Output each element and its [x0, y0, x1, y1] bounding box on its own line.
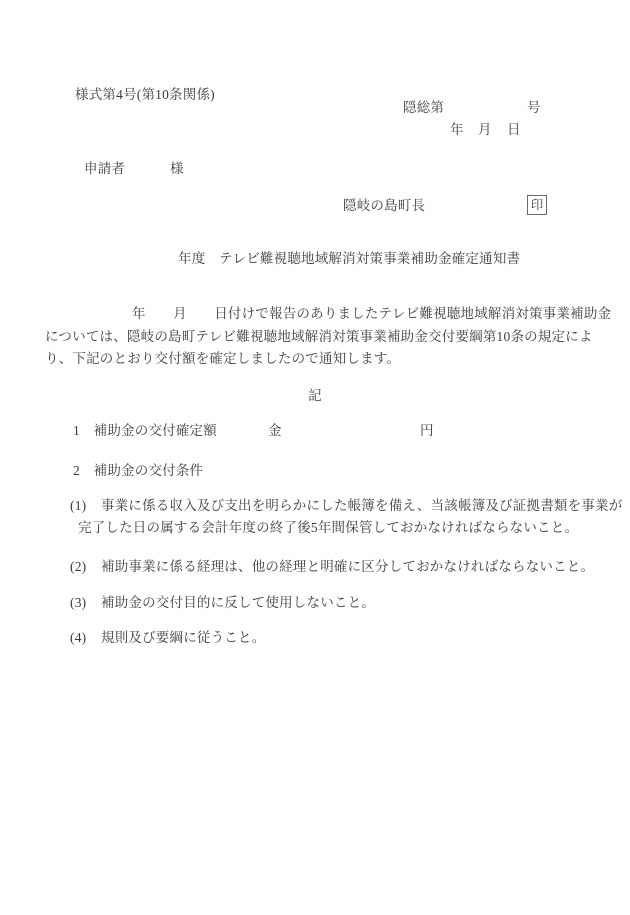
body-paragraph-line3: り、下記のとおり交付額を確定しましたので通知します。	[45, 351, 400, 367]
doc-number-suffix: 号	[527, 100, 541, 116]
body-paragraph-line2: については、隠岐の島町テレビ難視聴地域解消対策事業補助金交付要綱第10条の規定に…	[45, 329, 593, 345]
condition-1-marker: (1)	[70, 498, 86, 514]
applicant-honorific: 様	[170, 161, 184, 177]
item1-amount-suffix: 円	[420, 423, 434, 439]
seal-box: 印	[527, 195, 547, 215]
condition-4-marker: (4)	[70, 630, 86, 646]
condition-2-marker: (2)	[70, 559, 86, 575]
seal-character: 印	[531, 199, 544, 212]
date-month-label: 月	[478, 122, 492, 138]
condition-1-text-line1: 事業に係る収入及び支出を明らかにした帳簿を備え、当該帳簿及び証拠書類を事業が	[101, 498, 622, 514]
item1-amount-prefix: 金	[268, 423, 282, 439]
condition-3-marker: (3)	[70, 595, 86, 611]
date-year-label: 年	[450, 122, 464, 138]
document-title: 年度 テレビ難視聴地域解消対策事業補助金確定通知書	[178, 251, 520, 267]
condition-1-text-line2: 完了した日の属する会計年度の終了後5年間保管しておかなければならないこと。	[78, 520, 578, 536]
condition-2-text: 補助事業に係る経理は、他の経理と明確に区分しておかなければならないこと。	[101, 559, 594, 575]
doc-number-prefix: 隠総第	[403, 100, 444, 116]
issuer-title: 隠岐の島町長	[343, 198, 425, 214]
condition-4-text: 規則及び要綱に従うこと。	[101, 630, 265, 646]
condition-3-text: 補助金の交付目的に反して使用しないこと。	[101, 595, 375, 611]
form-number: 様式第4号(第10条関係)	[75, 87, 215, 103]
date-day-label: 日	[507, 122, 521, 138]
item2-label: 2 補助金の交付条件	[73, 463, 203, 479]
record-marker: 記	[0, 388, 630, 404]
item1-label: 1 補助金の交付確定額	[73, 423, 217, 439]
body-paragraph-line1: 年 月 日付けで報告のありましたテレビ難視聴地域解消対策事業補助金	[132, 306, 611, 322]
applicant-label: 申請者	[84, 161, 125, 177]
subsidy-confirmation-notice-document: 様式第4号(第10条関係) 隠総第 号 年 月 日 申請者 様 隠岐の島町長 印…	[0, 0, 630, 915]
